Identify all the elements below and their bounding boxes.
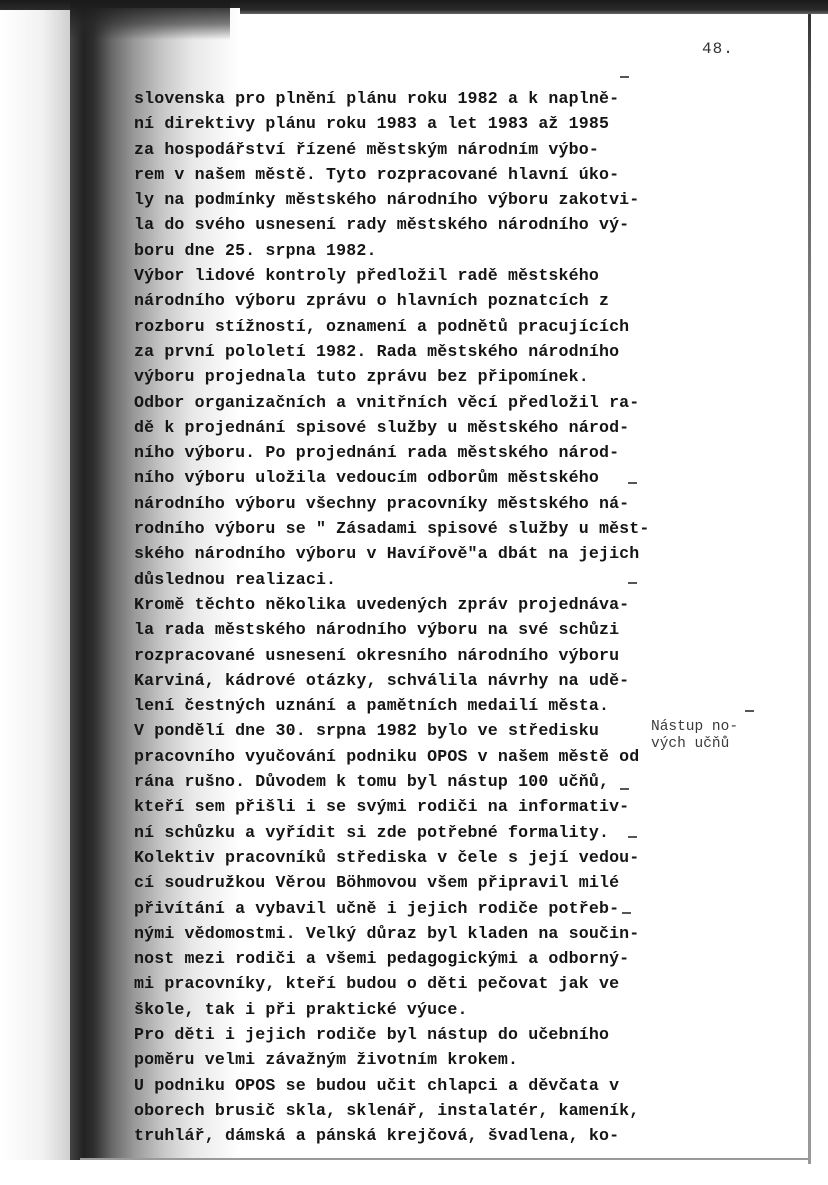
text-line: oborech brusič skla, sklenář, instalatér… [134,1098,694,1123]
text-line: truhlář, dámská a pánská krejčová, švadl… [134,1123,694,1148]
text-line: ní direktivy plánu roku 1983 a let 1983 … [134,111,694,136]
text-line: rozpracované usnesení okresního národníh… [134,643,694,668]
text-line: Výbor lidové kontroly předložil radě měs… [134,263,694,288]
text-line: U podniku OPOS se budou učit chlapci a d… [134,1073,694,1098]
text-line: ního výboru uložila vedoucím odborům měs… [134,465,694,490]
text-line: rem v našem městě. Tyto rozpracované hla… [134,162,694,187]
text-line: dě k projednání spisové služby u městské… [134,415,694,440]
margin-note: Nástup no-vých učňů [651,719,738,753]
text-line: škole, tak i při praktické výuce. [134,997,694,1022]
text-line: lení čestných uznání a pamětních medailí… [134,693,694,718]
margin-dash-mark [628,582,637,584]
text-line: la do svého usnesení rady městského náro… [134,212,694,237]
text-line: Odbor organizačních a vnitřních věcí pře… [134,390,694,415]
page-number: 48. [702,40,734,58]
margin-note-line: vých učňů [651,736,738,753]
text-line: la rada městského národního výboru na sv… [134,617,694,642]
text-line: nými vědomostmi. Velký důraz byl kladen … [134,921,694,946]
text-line: boru dne 25. srpna 1982. [134,238,694,263]
text-line: ní schůzku a vyřídit si zde potřebné for… [134,820,694,845]
margin-dash-mark [628,482,637,484]
margin-dash-mark [622,912,631,914]
text-line: přivítání a vybavil učně i jejich rodiče… [134,896,694,921]
text-line: národního výboru zprávu o hlavních pozna… [134,288,694,313]
text-line: důslednou realizaci. [134,567,694,592]
chronicle-body-text: slovenska pro plnění plánu roku 1982 a k… [134,86,694,1148]
text-line: ského národního výboru v Havířově"a dbát… [134,541,694,566]
margin-dash-mark [620,76,629,78]
margin-note-line: Nástup no- [651,719,738,736]
text-line: V pondělí dne 30. srpna 1982 bylo ve stř… [134,718,694,743]
page-bottom-edge [80,1158,810,1160]
text-line: Pro děti i jejich rodiče byl nástup do u… [134,1022,694,1047]
facing-page-edge [0,10,70,1160]
text-line: Kolektiv pracovníků střediska v čele s j… [134,845,694,870]
text-line: nost mezi rodiči a všemi pedagogickými a… [134,946,694,971]
text-line: mi pracovníky, kteří budou o děti pečova… [134,971,694,996]
text-line: rodního výboru se " Zásadami spisové slu… [134,516,694,541]
margin-dash-mark [628,836,637,838]
margin-dash-mark [620,788,629,790]
text-line: poměru velmi závažným životním krokem. [134,1047,694,1072]
text-line: slovenska pro plnění plánu roku 1982 a k… [134,86,694,111]
text-line: pracovního vyučování podniku OPOS v naše… [134,744,694,769]
text-line: Karviná, kádrové otázky, schválila návrh… [134,668,694,693]
text-line: cí soudružkou Věrou Böhmovou všem připra… [134,870,694,895]
text-line: za první pololetí 1982. Rada městského n… [134,339,694,364]
text-line: národního výboru všechny pracovníky měst… [134,491,694,516]
text-line: za hospodářství řízené městským národním… [134,137,694,162]
text-line: kteří sem přišli i se svými rodiči na in… [134,794,694,819]
text-line: ního výboru. Po projednání rada městskéh… [134,440,694,465]
gutter-top-shadow [70,0,230,40]
text-line: rozboru stížností, oznamení a podnětů pr… [134,314,694,339]
text-line: ly na podmínky městského národního výbor… [134,187,694,212]
text-line: Kromě těchto několika uvedených zpráv pr… [134,592,694,617]
text-line: výboru projednala tuto zprávu bez připom… [134,364,694,389]
page-right-edge [808,14,811,1164]
text-line: rána rušno. Důvodem k tomu byl nástup 10… [134,769,694,794]
margin-dash-mark [745,710,754,712]
